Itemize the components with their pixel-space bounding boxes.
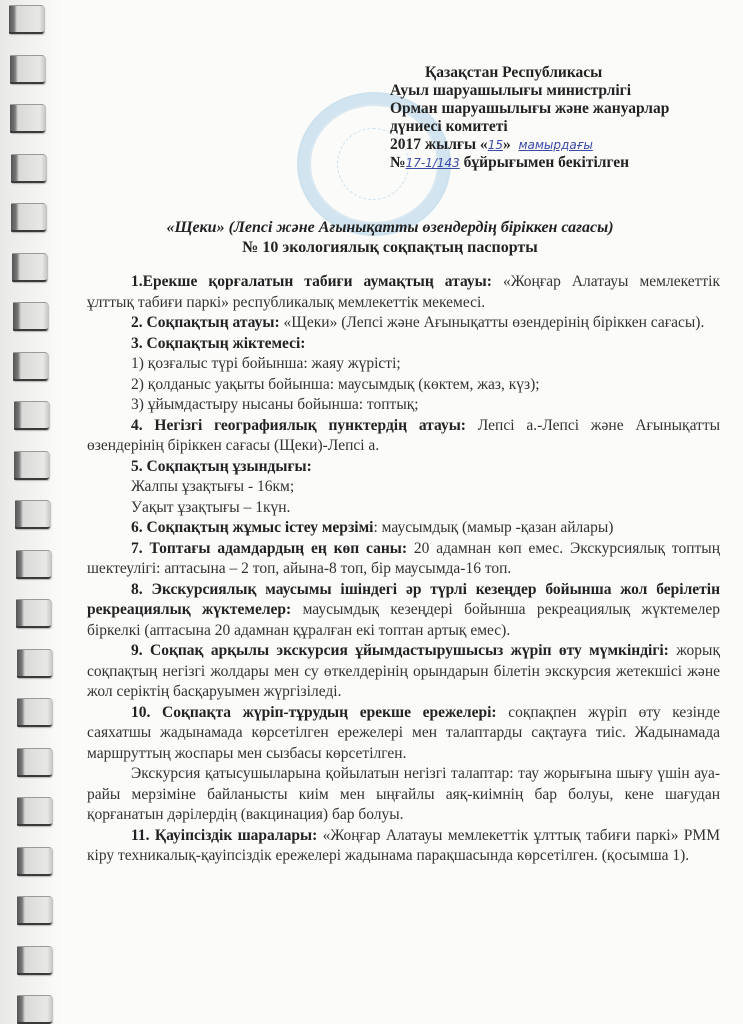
section-heading: 3. Соқпақтың жіктемесі: [131,335,305,352]
order-suffix: бұйрығымен бекітілген [460,154,629,171]
section-paragraph: 1) қозғалыс түрі бойынша: жаяу жүрісті; [87,354,720,375]
binding-ring [17,847,52,876]
binding-ring [9,5,44,34]
binding-ring [14,401,49,430]
approval-line: Орман шаруашылығы және жануарлар [390,100,720,118]
binding-ring [11,154,46,183]
spiral-binding [0,0,60,1024]
section-paragraph: 1.Ерекше қорғалатын табиғи аумақтың атау… [87,272,720,313]
binding-ring [17,748,52,777]
section-heading: 4. Негізгі географиялық пунктердің атауы… [131,417,466,434]
binding-ring [17,995,52,1024]
section-text: Уақыт ұзақтығы – 1күн. [131,499,290,516]
section-paragraph: 3. Соқпақтың жіктемесі: [87,334,720,355]
order-prefix: № [390,154,406,171]
section-heading: 5. Соқпақтың ұзындығы: [131,458,312,475]
handwritten-day: 15 [488,138,503,152]
section-text: Экскурсия қатысушыларына қойылатын негіз… [87,765,720,823]
section-heading: 2. Соқпақтың атауы: [131,314,280,331]
section-heading: 10. Соқпақта жүріп-тұрудың ерекше ережел… [131,704,497,721]
binding-ring [17,698,52,727]
binding-ring [12,253,47,282]
binding-ring [11,203,46,232]
binding-ring [13,302,48,331]
section-text: : маусымдық (мамыр -қазан айлары) [373,519,613,536]
section-paragraph: 2) қолданыс уақыты бойынша: маусымдық (к… [87,375,720,396]
approval-line: Ауыл шаруашылығы министрлігі [390,82,720,100]
approval-block: Қазақстан Республикасы Ауыл шаруашылығы … [390,64,720,172]
section-heading: 9. Соқпақ арқылы экскурсия ұйымдастырушы… [131,642,669,659]
section-text: 2) қолданыс уақыты бойынша: маусымдық (к… [131,376,540,393]
approval-line: Қазақстан Республикасы [390,64,720,82]
section-paragraph: 2. Соқпақтың атауы: «Щеки» (Лепсі және А… [87,313,720,334]
binding-ring [10,104,45,133]
binding-ring [14,451,49,480]
section-paragraph: 5. Соқпақтың ұзындығы: [87,457,720,478]
binding-ring [16,550,51,579]
binding-ring [16,599,51,628]
document-title: «Щеки» (Лепсі және Ағынықатты өзендердің… [60,218,720,258]
section-paragraph: Жалпы ұзақтығы - 16км; [87,477,720,498]
binding-ring [17,946,52,975]
section-text: 1) қозғалыс түрі бойынша: жаяу жүрісті; [131,355,401,372]
section-heading: 6. Соқпақтың жұмыс істеу мерзімі [131,519,373,536]
section-paragraph: 7. Топтағы адамдардың ең көп саны: 20 ад… [87,539,720,580]
binding-ring [17,649,52,678]
section-paragraph: 8. Экскурсиялық маусымы ішіндегі әр түрл… [87,580,720,642]
section-text: 3) ұйымдастыру нысаны бойынша: топтық; [131,396,419,413]
approval-line: дүниесі комитеті [390,118,720,136]
section-paragraph: 6. Соқпақтың жұмыс істеу мерзімі: маусым… [87,518,720,539]
handwritten-month: мамырдағы [518,138,592,152]
section-heading: 1.Ерекше қорғалатын табиғи аумақтың атау… [131,273,492,290]
binding-ring [13,352,48,381]
section-paragraph: 10. Соқпақта жүріп-тұрудың ерекше ережел… [87,703,720,765]
binding-ring [10,55,45,84]
title-passport: № 10 экологиялық соқпақтың паспорты [60,238,720,258]
handwritten-order-number: 17-1/143 [406,156,460,170]
section-paragraph: 3) ұйымдастыру нысаны бойынша: топтық; [87,395,720,416]
section-text: Жалпы ұзақтығы - 16км; [131,478,294,495]
date-suffix: » [503,136,511,153]
section-paragraph: 9. Соқпақ арқылы экскурсия ұйымдастырушы… [87,641,720,703]
section-heading: 11. Қауіпсіздік шаралары: [131,827,317,844]
section-paragraph: 4. Негізгі географиялық пунктердің атауы… [87,416,720,457]
title-trail-name: «Щеки» (Лепсі және Ағынықатты өзендердің… [60,218,720,238]
binding-ring [15,500,50,529]
section-paragraph: Экскурсия қатысушыларына қойылатын негіз… [87,764,720,826]
section-paragraph: 11. Қауіпсіздік шаралары: «Жоңғар Алатау… [87,826,720,867]
document-body: 1.Ерекше қорғалатын табиғи аумақтың атау… [87,272,720,867]
section-heading: 7. Топтағы адамдардың ең көп саны: [131,540,407,557]
binding-ring [17,896,52,925]
date-prefix: 2017 жылғы « [390,136,488,153]
section-paragraph: Уақыт ұзақтығы – 1күн. [87,498,720,519]
approval-order: №17-1/143 бұйрығымен бекітілген [390,154,720,172]
approval-date: 2017 жылғы «15» мамырдағы [390,136,720,154]
binding-ring [17,797,52,826]
section-text: «Щеки» (Лепсі және Ағынықатты өзендеріні… [280,314,705,331]
